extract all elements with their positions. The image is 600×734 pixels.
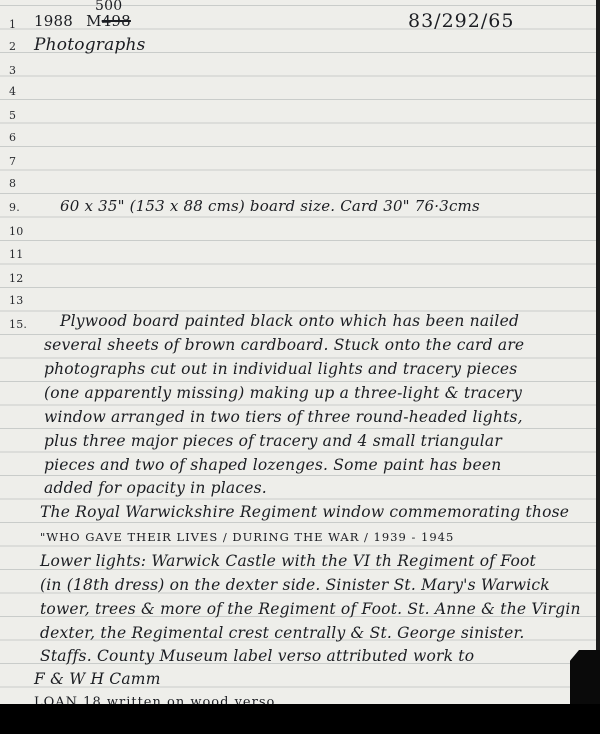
dimensions-line: 60 x 35" (153 x 88 cms) board size. Card… (60, 197, 480, 215)
description-line: (one apparently missing) making up a thr… (44, 384, 522, 402)
description-line: added for opacity in places. (44, 479, 267, 497)
inscription-line: "WHO GAVE THEIR LIVES / DURING THE WAR /… (40, 530, 454, 544)
scan-border (0, 704, 600, 734)
description-line: photographs cut out in individual lights… (44, 360, 517, 378)
struck-number: 498 (102, 12, 131, 30)
line-number: 12 (9, 272, 23, 285)
line-number: 15. (9, 318, 27, 331)
line-number: 3 (9, 64, 16, 77)
continuation-line: tower, trees & more of the Regiment of F… (40, 600, 581, 618)
reference-number: 83/292/65 (408, 10, 514, 32)
continuation-line: Lower lights: Warwick Castle with the VI… (40, 552, 536, 570)
line-number: 7 (9, 155, 16, 168)
year: 1988 (34, 12, 73, 30)
line-number: 4 (9, 85, 16, 98)
object-type: Photographs (34, 35, 146, 55)
continuation-line: F & W H Camm (34, 670, 161, 688)
line-number: 1 (9, 18, 16, 31)
line-number: 8 (9, 177, 16, 190)
line-number: 9. (9, 201, 20, 214)
code-prefix: M (86, 12, 102, 30)
accession-line: 1988 M498 (34, 12, 131, 30)
line-number: 5 (9, 109, 16, 122)
continuation-line: The Royal Warwickshire Regiment window c… (40, 503, 569, 521)
ruled-paper-page: 83/292/65 1 2 3 4 5 6 7 8 9. 10 11 12 13… (0, 0, 596, 705)
page-edge-shadow (596, 0, 600, 705)
line-number: 6 (9, 131, 16, 144)
background-corner (570, 650, 600, 710)
line-number: 13 (9, 294, 23, 307)
continuation-line: Staffs. County Museum label verso attrib… (40, 647, 474, 665)
description-line: plus three major pieces of tracery and 4… (44, 432, 502, 450)
line-number: 2 (9, 40, 16, 53)
description-line: window arranged in two tiers of three ro… (44, 408, 523, 426)
line-number: 10 (9, 225, 23, 238)
description-line: pieces and two of shaped lozenges. Some … (44, 456, 501, 474)
continuation-line: (in (18th dress) on the dexter side. Sin… (40, 576, 550, 594)
continuation-line: dexter, the Regimental crest centrally &… (40, 624, 525, 642)
description-line: several sheets of brown cardboard. Stuck… (44, 336, 524, 354)
corrected-number: 500 (95, 0, 122, 14)
line-number: 11 (9, 248, 23, 261)
description-line: Plywood board painted black onto which h… (60, 312, 519, 330)
